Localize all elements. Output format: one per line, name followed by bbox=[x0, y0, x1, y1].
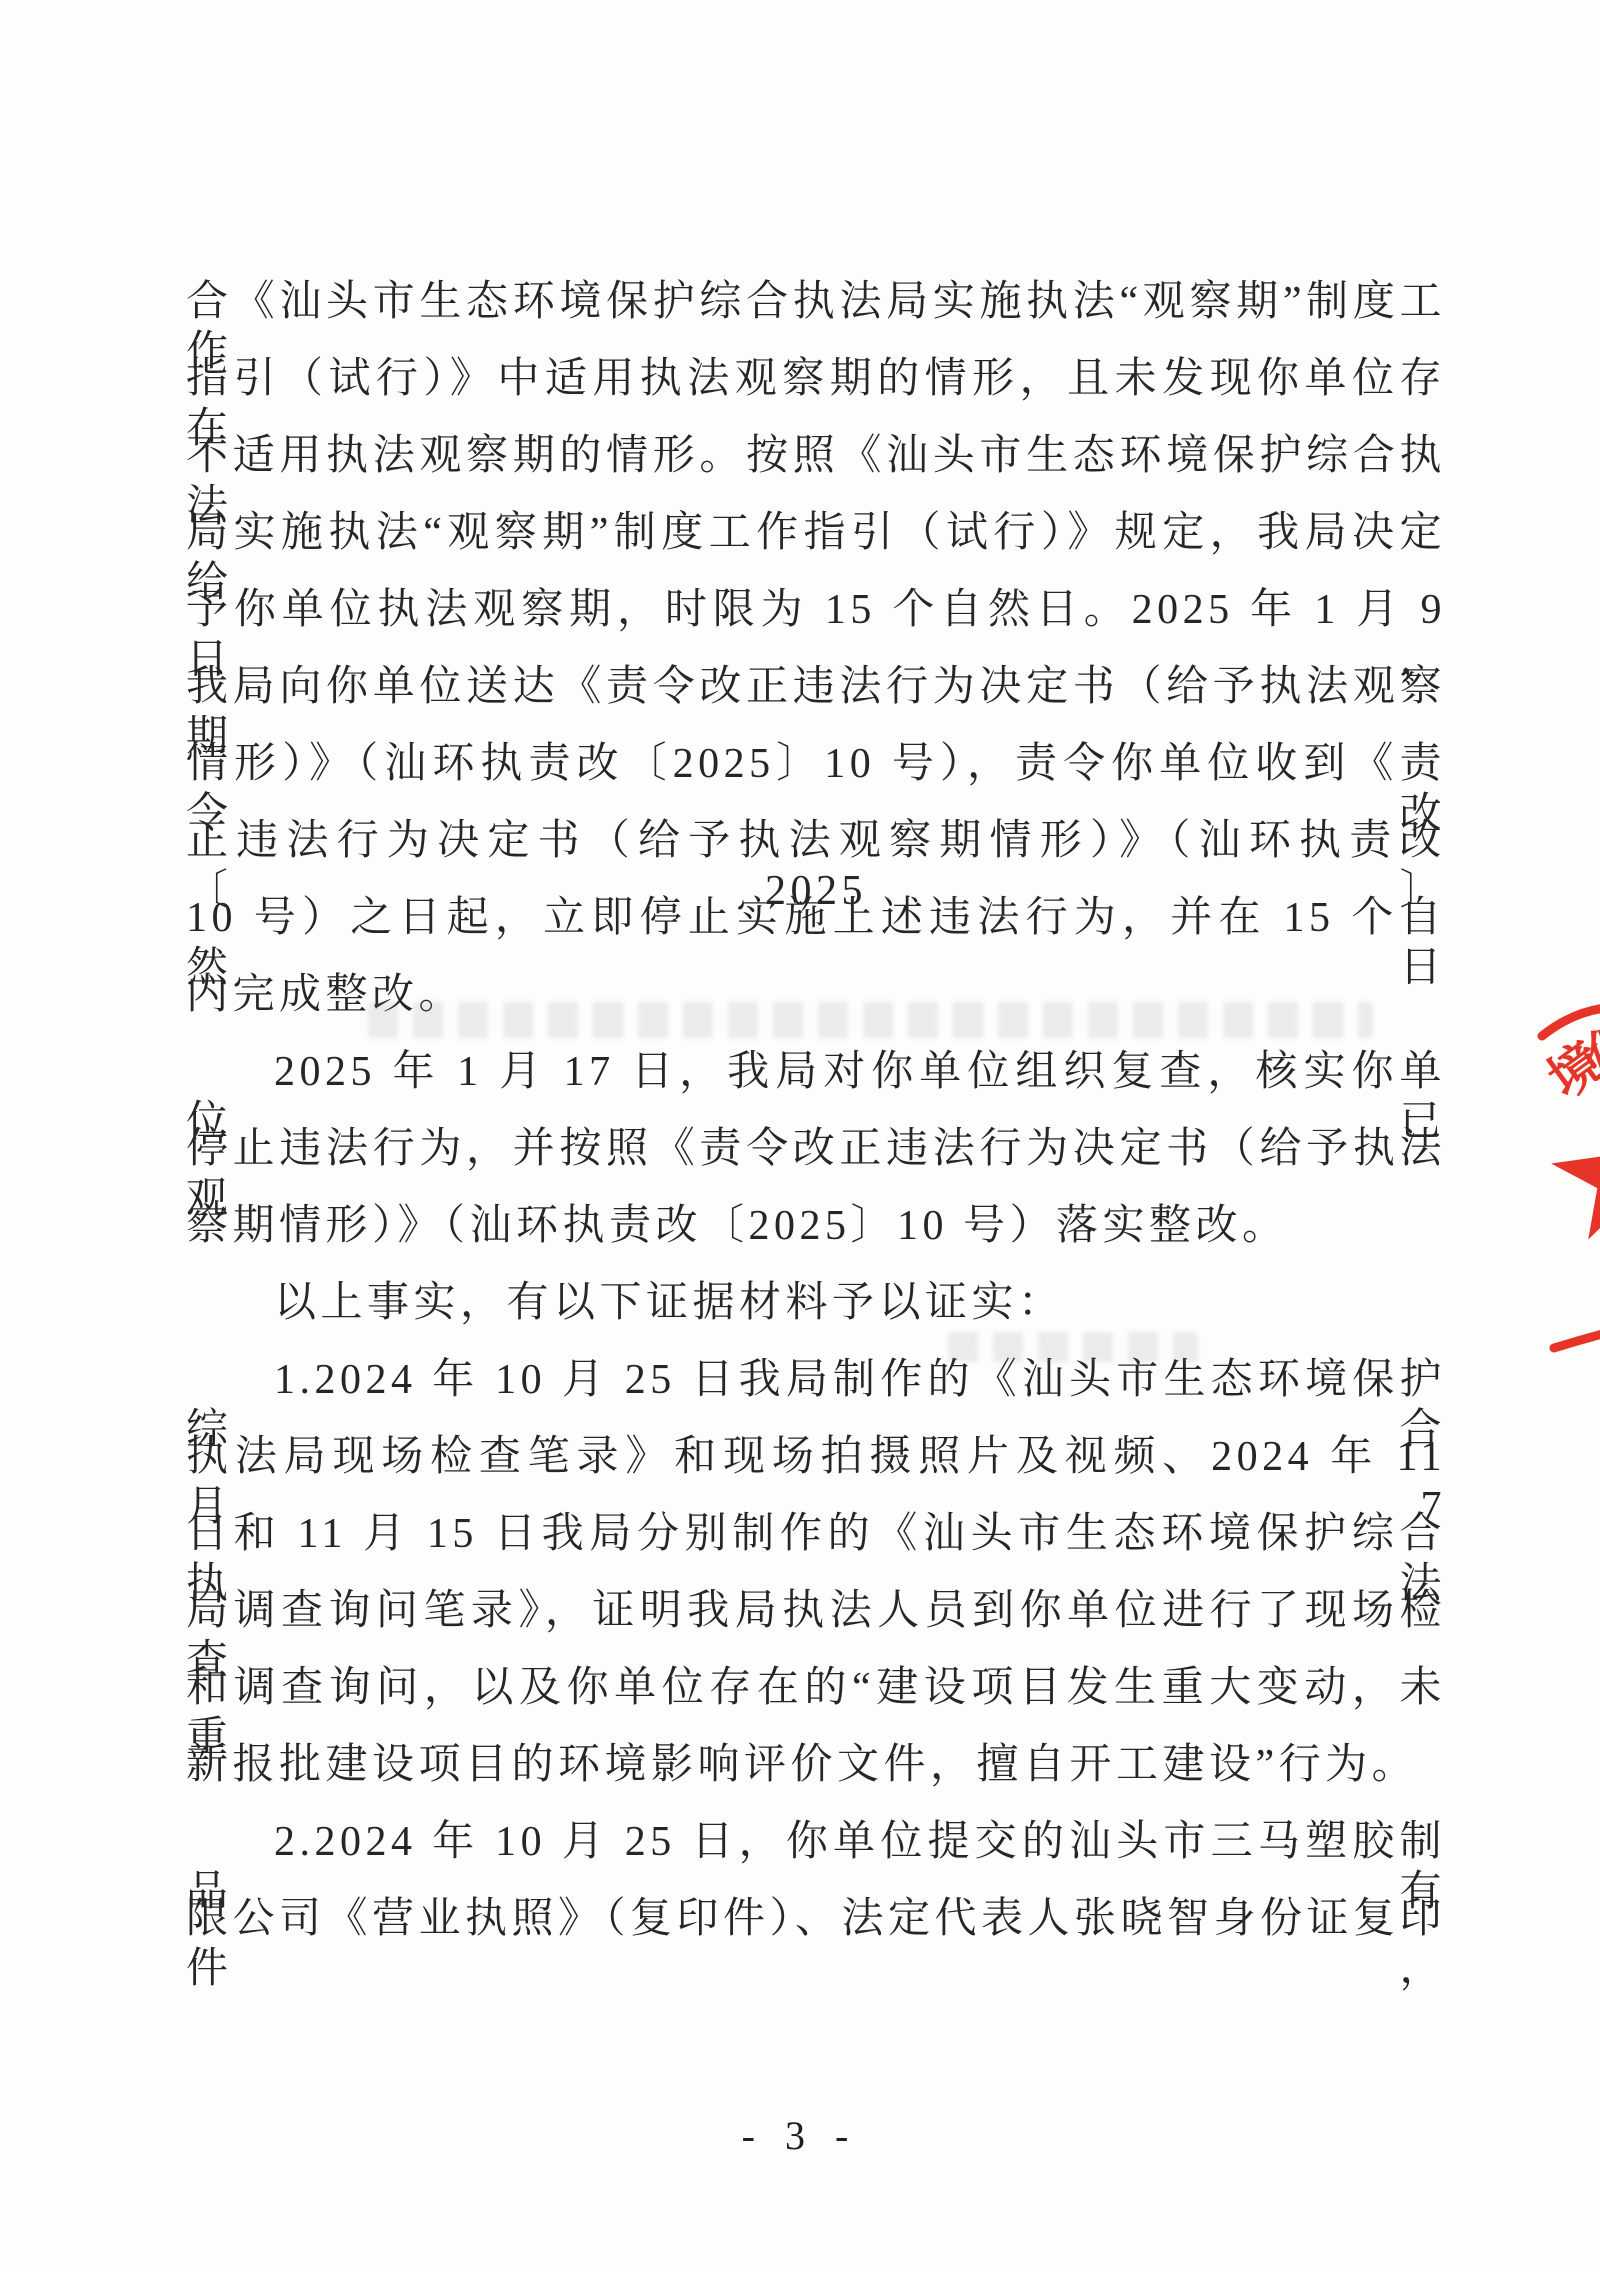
text-line: 以上事实，有以下证据材料予以证实： bbox=[186, 1278, 1446, 1330]
document-page: 合《汕头市生态环境保护综合执法局实施执法“观察期”制度工作指引（试行）》中适用执… bbox=[0, 0, 1600, 2272]
text-line: 指引（试行）》中适用执法观察期的情形，且未发现你单位存在 bbox=[186, 354, 1446, 406]
text-line: 察期情形）》（汕环执责改〔2025〕10 号）落实整改。 bbox=[186, 1201, 1446, 1253]
text-line: 10 号）之日起，立即停止实施上述违法行为，并在 15 个自然日 bbox=[186, 893, 1446, 945]
text-line: 停止违法行为，并按照《责令改正违法行为决定书（给予执法观 bbox=[186, 1124, 1446, 1176]
text-line: 局实施执法“观察期”制度工作指引（试行）》规定，我局决定给 bbox=[186, 508, 1446, 560]
text-line: 予你单位执法观察期，时限为 15 个自然日。2025 年 1 月 9 日， bbox=[186, 585, 1446, 637]
text-line: 日和 11 月 15 日我局分别制作的《汕头市生态环境保护综合执法 bbox=[186, 1509, 1446, 1561]
seal-star-icon bbox=[1551, 1105, 1600, 1240]
text-line: 2025 年 1 月 17 日，我局对你单位组织复查，核实你单位已 bbox=[186, 1047, 1446, 1099]
page-number: - 3 - bbox=[0, 2112, 1600, 2159]
text-line: 2.2024 年 10 月 25 日，你单位提交的汕头市三马塑胶制品有 bbox=[186, 1817, 1446, 1869]
text-line: 合《汕头市生态环境保护综合执法局实施执法“观察期”制度工作 bbox=[186, 277, 1446, 329]
text-line: 新报批建设项目的环境影响评价文件，擅自开工建设”行为。 bbox=[186, 1740, 1446, 1792]
text-line: 情形）》（汕环执责改〔2025〕10 号），责令你单位收到《责令改 bbox=[186, 739, 1446, 791]
text-line: 和调查询问，以及你单位存在的“建设项目发生重大变动，未重 bbox=[186, 1663, 1446, 1715]
text-line: 执法局现场检查笔录》和现场拍摄照片及视频、2024 年 11 月 7 bbox=[186, 1432, 1446, 1484]
bleed-through-smear bbox=[948, 1332, 1198, 1362]
seal-ring-arc-bottom bbox=[1554, 1333, 1600, 1348]
text-line: 1.2024 年 10 月 25 日我局制作的《汕头市生态环境保护综合 bbox=[186, 1355, 1446, 1407]
text-line: 限公司《营业执照》（复印件）、法定代表人张晓智身份证复印件， bbox=[186, 1894, 1446, 1946]
text-line: 局调查询问笔录》，证明我局执法人员到你单位进行了现场检查 bbox=[186, 1586, 1446, 1638]
text-line: 正违法行为决定书（给予执法观察期情形）》（汕环执责改〔2025〕 bbox=[186, 816, 1446, 868]
official-seal-partial: 境 保 bbox=[1530, 1000, 1600, 1360]
text-line: 不适用执法观察期的情形。按照《汕头市生态环境保护综合执法 bbox=[186, 431, 1446, 483]
bleed-through-smear bbox=[368, 1002, 1373, 1038]
text-line: 我局向你单位送达《责令改正违法行为决定书（给予执法观察期 bbox=[186, 662, 1446, 714]
